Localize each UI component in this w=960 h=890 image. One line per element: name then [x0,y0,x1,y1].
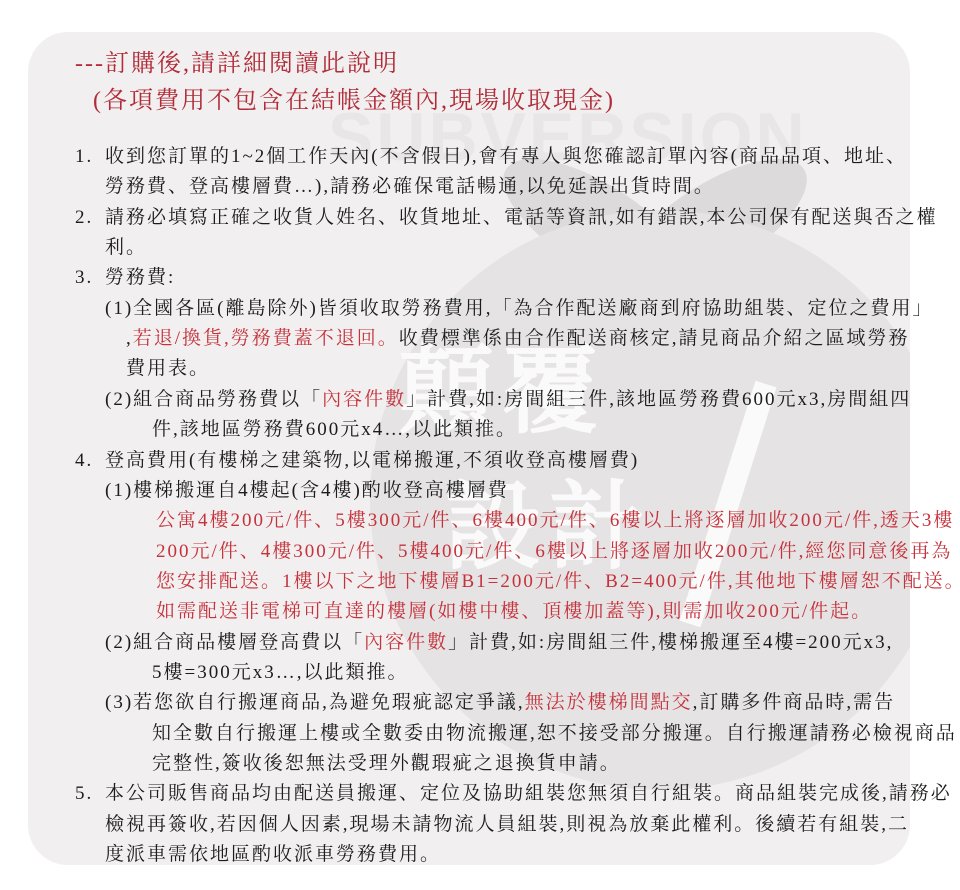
notice-line: 1.收到您訂單的1~2個工作天內(不含假日),會有專人與您確認訂單內容(商品品項… [105,143,907,170]
text-segment: 勞務費: [105,267,175,288]
highlight-text: 無法於樓梯間點交 [525,692,693,713]
notice-line: 4.登高費用(有樓梯之建築物,以電梯搬運,不須收登高樓層費) [105,447,639,474]
text-segment: 勞務費、登高樓層費…),請務必確保電話暢通,以免延誤出貨時間。 [105,176,715,197]
text-segment: 5樓=300元x3…,以此類推。 [152,662,408,683]
highlight-text: 您安排配送。1樓以下之地下樓層B1=200元/件、B2=400元/件,其他地下樓… [156,571,960,592]
notice-line: 勞務費、登高樓層費…),請務必確保電話暢通,以免延誤出貨時間。 [105,173,715,200]
list-number: 4. [75,447,93,474]
text-segment: 費用表。 [126,358,210,379]
highlight-text: 內容件數 [364,632,448,653]
text-segment: 收費標準係由合作配送商核定,請見商品介紹之區域勞務 [399,328,910,349]
list-number: 1. [75,143,93,170]
text-segment: 知全數自行搬運上樓或全數委由物流搬運,恕不接受部分搬運。自行搬運請務必檢視商品 [152,723,957,744]
text-segment: 利。 [105,237,147,258]
highlight-text: 如需配送非電梯可直達的樓層(如樓中樓、頂樓加蓋等),則需加收200元/件起。 [156,601,872,622]
highlight-text: 公寓4樓200元/件、5樓300元/件、6樓400元/件、6樓以上將逐層加收20… [156,510,954,531]
notice-line: 5.本公司販售商品均由配送員搬運、定位及協助組裝您無須自行組裝。商品組裝完成後,… [105,780,952,807]
highlight-text: 若退/換貨,勞務費蓋不退回。 [133,328,399,349]
notice-line: ,若退/換貨,勞務費蓋不退回。收費標準係由合作配送商核定,請見商品介紹之區域勞務 [126,325,910,352]
notice-line: 3.勞務費: [105,264,175,291]
text-segment: 收到您訂單的1~2個工作天內(不含假日),會有專人與您確認訂單內容(商品品項、地… [105,146,907,167]
notice-title-line2: (各項費用不包含在結帳金額內,現場收取現金) [93,85,615,117]
notice-line: 費用表。 [126,355,210,382]
notice-line: (3)若您欲自行搬運商品,為避免瑕疵認定爭議,無法於樓梯間點交,訂購多件商品時,… [105,689,895,716]
notice-line: 度派車需依地區酌收派車勞務費用。 [105,841,441,868]
text-segment: (2)組合商品勞務費以「 [105,389,322,410]
notice-line: 5樓=300元x3…,以此類推。 [152,659,408,686]
page: SUBVERSION 顛覆 設計 ---訂購後,請詳細閱讀此說明 (各項費用不包… [0,0,960,890]
notice-line: 件,該地區勞務費600元x4…,以此類推。 [152,416,517,443]
text-segment: 請務必填寫正確之收貨人姓名、收貨地址、電話等資訊,如有錯誤,本公司保有配送與否之… [105,207,938,228]
notice-line: (2)組合商品樓層登高費以「內容件數」計費,如:房間組三件,樓梯搬運至4樓=20… [105,629,893,656]
notice-title-line1: ---訂購後,請詳細閱讀此說明 [75,48,399,80]
notice-text: ---訂購後,請詳細閱讀此說明 (各項費用不包含在結帳金額內,現場收取現金) 1… [0,0,960,890]
text-segment: (1)樓梯搬運自4樓起(含4樓)酌收登高樓層費 [105,480,509,501]
text-segment: (3)若您欲自行搬運商品,為避免瑕疵認定爭議, [105,692,525,713]
text-segment: 」計費,如:房間組三件,樓梯搬運至4樓=200元x3, [448,632,893,653]
text-segment: 」計費,如:房間組三件,該地區勞務費600元x3,房間組四 [406,389,911,410]
notice-line: 2.請務必填寫正確之收貨人姓名、收貨地址、電話等資訊,如有錯誤,本公司保有配送與… [105,204,938,231]
highlight-text: 200元/件、4樓300元/件、5樓400元/件、6樓以上將逐層加收200元/件… [156,541,952,562]
text-segment: ,訂購多件商品時,需告 [693,692,896,713]
notice-line: 檢視再簽收,若因個人因素,現場未請物流人員組裝,則視為放棄此權利。後續若有組裝,… [105,811,909,838]
notice-line: (1)樓梯搬運自4樓起(含4樓)酌收登高樓層費 [105,477,509,504]
text-segment: (1)全國各區(離島除外)皆須收取勞務費用,「為合作配送廠商到府協助組裝、定位之… [105,298,934,319]
list-number: 2. [75,204,93,231]
text-segment: 登高費用(有樓梯之建築物,以電梯搬運,不須收登高樓層費) [105,450,639,471]
notice-line: 完整性,簽收後恕無法受理外觀瑕疵之退換貨申請。 [152,750,621,777]
text-segment: 件,該地區勞務費600元x4…,以此類推。 [152,419,517,440]
text-segment: 度派車需依地區酌收派車勞務費用。 [105,844,441,865]
text-segment: 檢視再簽收,若因個人因素,現場未請物流人員組裝,則視為放棄此權利。後續若有組裝,… [105,814,909,835]
notice-line: 如需配送非電梯可直達的樓層(如樓中樓、頂樓加蓋等),則需加收200元/件起。 [156,598,872,625]
highlight-text: 內容件數 [322,389,406,410]
list-number: 5. [75,780,93,807]
text-segment: (2)組合商品樓層登高費以「 [105,632,364,653]
text-segment: 完整性,簽收後恕無法受理外觀瑕疵之退換貨申請。 [152,753,621,774]
list-number: 3. [75,264,93,291]
notice-line: 200元/件、4樓300元/件、5樓400元/件、6樓以上將逐層加收200元/件… [156,538,952,565]
text-segment: 本公司販售商品均由配送員搬運、定位及協助組裝您無須自行組裝。商品組裝完成後,請務… [105,783,952,804]
notice-line: (2)組合商品勞務費以「內容件數」計費,如:房間組三件,該地區勞務費600元x3… [105,386,911,413]
notice-line: 利。 [105,234,147,261]
notice-line: 您安排配送。1樓以下之地下樓層B1=200元/件、B2=400元/件,其他地下樓… [156,568,960,595]
notice-line: 知全數自行搬運上樓或全數委由物流搬運,恕不接受部分搬運。自行搬運請務必檢視商品 [152,720,957,747]
notice-line: (1)全國各區(離島除外)皆須收取勞務費用,「為合作配送廠商到府協助組裝、定位之… [105,295,934,322]
notice-line: 公寓4樓200元/件、5樓300元/件、6樓400元/件、6樓以上將逐層加收20… [156,507,954,534]
text-segment: , [126,328,133,349]
